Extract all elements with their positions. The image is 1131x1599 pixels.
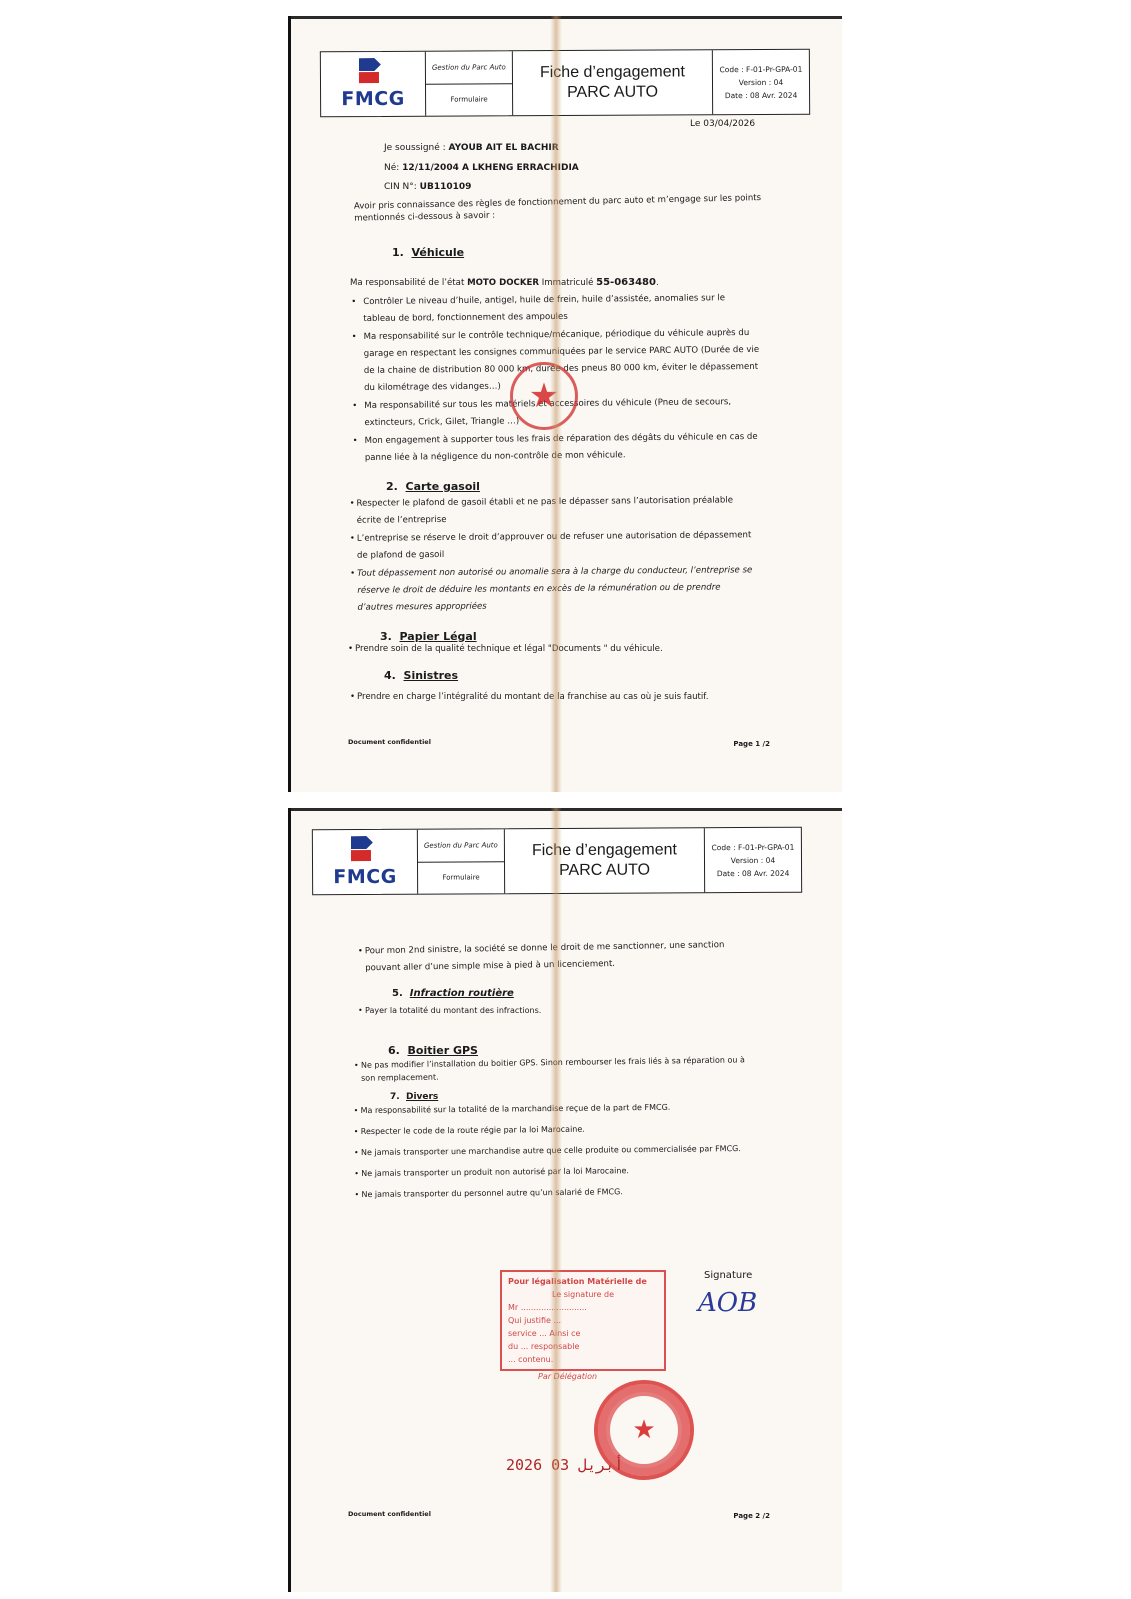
- company-name: FMCG: [333, 866, 397, 888]
- section-sinistres-title: 4. Sinistres: [384, 669, 458, 682]
- form-code: Code : F-01-Pr-GPA-01: [719, 62, 802, 75]
- form-header: FMCG Gestion du Parc Auto Formulaire Fic…: [312, 827, 802, 896]
- undersigned-line: Je soussigné : AYOUB AIT EL BACHIR: [384, 140, 559, 157]
- signature-label: Signature: [704, 1270, 752, 1281]
- cin-value: UB110109: [420, 182, 472, 192]
- list-item: Respecter le plafond de gasoil établi et…: [349, 492, 757, 530]
- vehicle-responsibility: Ma responsabilité de l’état MOTO DOCKER …: [350, 274, 659, 292]
- section-divers-list: Ma responsabilité sur la totalité de la …: [353, 1100, 754, 1202]
- form-header: FMCG Gestion du Parc Auto Formulaire Fic…: [320, 49, 810, 118]
- list-item: Ne jamais transporter un produit non aut…: [354, 1163, 754, 1180]
- cin-label: CIN N°:: [384, 182, 420, 192]
- section-papier-legal-list: Prendre soin de la qualité technique et …: [348, 641, 768, 659]
- undersigned-label: Je soussigné :: [384, 143, 449, 153]
- form-version: Version : 04: [739, 75, 783, 88]
- document-date: Le 03/04/2026: [690, 116, 755, 133]
- list-item: Tout dépassement non autorisé ou anomali…: [350, 562, 758, 617]
- form-date: Date : 08 Avr. 2024: [717, 866, 790, 879]
- company-name: FMCG: [341, 88, 405, 110]
- section-carte-gasoil-list: Respecter le plafond de gasoil établi et…: [349, 492, 758, 618]
- form-version: Version : 04: [731, 853, 775, 866]
- company-logo: FMCG: [321, 52, 426, 117]
- red-star-stamp-icon: ★: [510, 362, 578, 430]
- section-infraction-title: 5. Infraction routière: [392, 988, 514, 999]
- stamp-line: du ... responsable: [508, 1340, 658, 1353]
- vehicle-model: MOTO DOCKER: [467, 278, 539, 288]
- form-title: Fiche d’engagement PARC AUTO: [513, 50, 713, 115]
- fmcg-logo-icon: [345, 836, 385, 864]
- list-item: Mon engagement à supporter tous les frai…: [351, 429, 761, 467]
- cin-line: CIN N°: UB110109: [384, 179, 471, 196]
- form-meta: Code : F-01-Pr-GPA-01 Version : 04 Date …: [705, 828, 801, 893]
- section-gps-list: Ne pas modifier l’installation du boitie…: [354, 1053, 758, 1086]
- doc-type-label: Formulaire: [418, 862, 504, 894]
- department-label: Gestion du Parc Auto: [418, 829, 504, 862]
- list-item: Ma responsabilité sur la totalité de la …: [353, 1100, 753, 1117]
- stamp-line: Mr ..........................: [508, 1301, 658, 1314]
- list-item: Ne pas modifier l’installation du boitie…: [354, 1053, 758, 1085]
- document-page-1: FMCG Gestion du Parc Auto Formulaire Fic…: [288, 16, 842, 792]
- page-number: Page 1 /2: [733, 740, 770, 748]
- title-line-1: Fiche d’engagement: [540, 62, 685, 83]
- stamp-line: service ... Ainsi ce: [508, 1327, 658, 1340]
- stamp-line: Pour légalisation Matérielle de: [508, 1275, 658, 1288]
- stamp-line: Le signature de: [508, 1288, 658, 1301]
- list-item: Prendre soin de la qualité technique et …: [348, 641, 768, 658]
- form-date: Date : 08 Avr. 2024: [725, 88, 798, 101]
- sinistre-continuation: Pour mon 2nd sinistre, la société se don…: [358, 937, 759, 979]
- list-item: Prendre en charge l’intégralité du monta…: [350, 689, 770, 706]
- page-number: Page 2 /2: [733, 1512, 770, 1520]
- born-label: Né:: [384, 163, 402, 173]
- born-value: 12/11/2004 A LKHENG ERRACHIDIA: [402, 163, 579, 173]
- undersigned-name: AYOUB AIT EL BACHIR: [449, 143, 559, 153]
- birth-line: Né: 12/11/2004 A LKHENG ERRACHIDIA: [384, 160, 579, 177]
- document-page-2: FMCG Gestion du Parc Auto Formulaire Fic…: [288, 808, 842, 1592]
- footer-confidential: Document confidentiel: [348, 738, 431, 746]
- section-gps-title: 6. Boitier GPS: [388, 1044, 478, 1057]
- legalization-stamp: Pour légalisation Matérielle de Le signa…: [500, 1270, 666, 1371]
- section-divers-title: 7. Divers: [390, 1092, 438, 1102]
- list-item: Respecter le code de la route régie par …: [354, 1121, 754, 1138]
- intro-text: Avoir pris connaissance des règles de fo…: [354, 191, 794, 224]
- signature-initials: AOB: [698, 1288, 757, 1318]
- footer-confidential: Document confidentiel: [348, 1510, 431, 1518]
- list-item: L’entreprise se réserve le droit d’appro…: [350, 527, 758, 565]
- title-line-1: Fiche d’engagement: [532, 840, 677, 861]
- title-line-2: PARC AUTO: [567, 83, 658, 103]
- list-item: Ne jamais transporter du personnel autre…: [354, 1184, 754, 1201]
- form-meta: Code : F-01-Pr-GPA-01 Version : 04 Date …: [713, 50, 809, 115]
- fmcg-logo-icon: [353, 58, 393, 86]
- form-title: Fiche d’engagement PARC AUTO: [505, 828, 705, 893]
- section-infraction-list: Payer la totalité du montant des infract…: [358, 1002, 758, 1020]
- list-item: Pour mon 2nd sinistre, la société se don…: [358, 937, 759, 978]
- title-line-2: PARC AUTO: [559, 861, 650, 881]
- list-item: Ne jamais transporter une marchandise au…: [354, 1142, 754, 1159]
- vehicle-plate: 55-063480: [596, 277, 656, 288]
- department-label: Gestion du Parc Auto: [426, 51, 512, 84]
- doc-type-label: Formulaire: [426, 84, 512, 116]
- stamp-line: ... contenu.: [508, 1353, 658, 1366]
- company-logo: FMCG: [313, 830, 418, 895]
- section-vehicule-title: 1. Véhicule: [392, 246, 464, 259]
- form-code: Code : F-01-Pr-GPA-01: [711, 840, 794, 853]
- list-item: Contrôler Le niveau d’huile, antigel, hu…: [349, 290, 759, 328]
- stamp-delegation: Par Délégation: [538, 1372, 597, 1381]
- section-sinistres-list: Prendre en charge l’intégralité du monta…: [350, 689, 770, 707]
- section-carte-gasoil-title: 2. Carte gasoil: [386, 480, 480, 493]
- list-item: Payer la totalité du montant des infract…: [358, 1002, 758, 1019]
- date-stamp: 2026 أبريل 03: [506, 1456, 623, 1474]
- stamp-line: Qui justifie ...: [508, 1314, 658, 1327]
